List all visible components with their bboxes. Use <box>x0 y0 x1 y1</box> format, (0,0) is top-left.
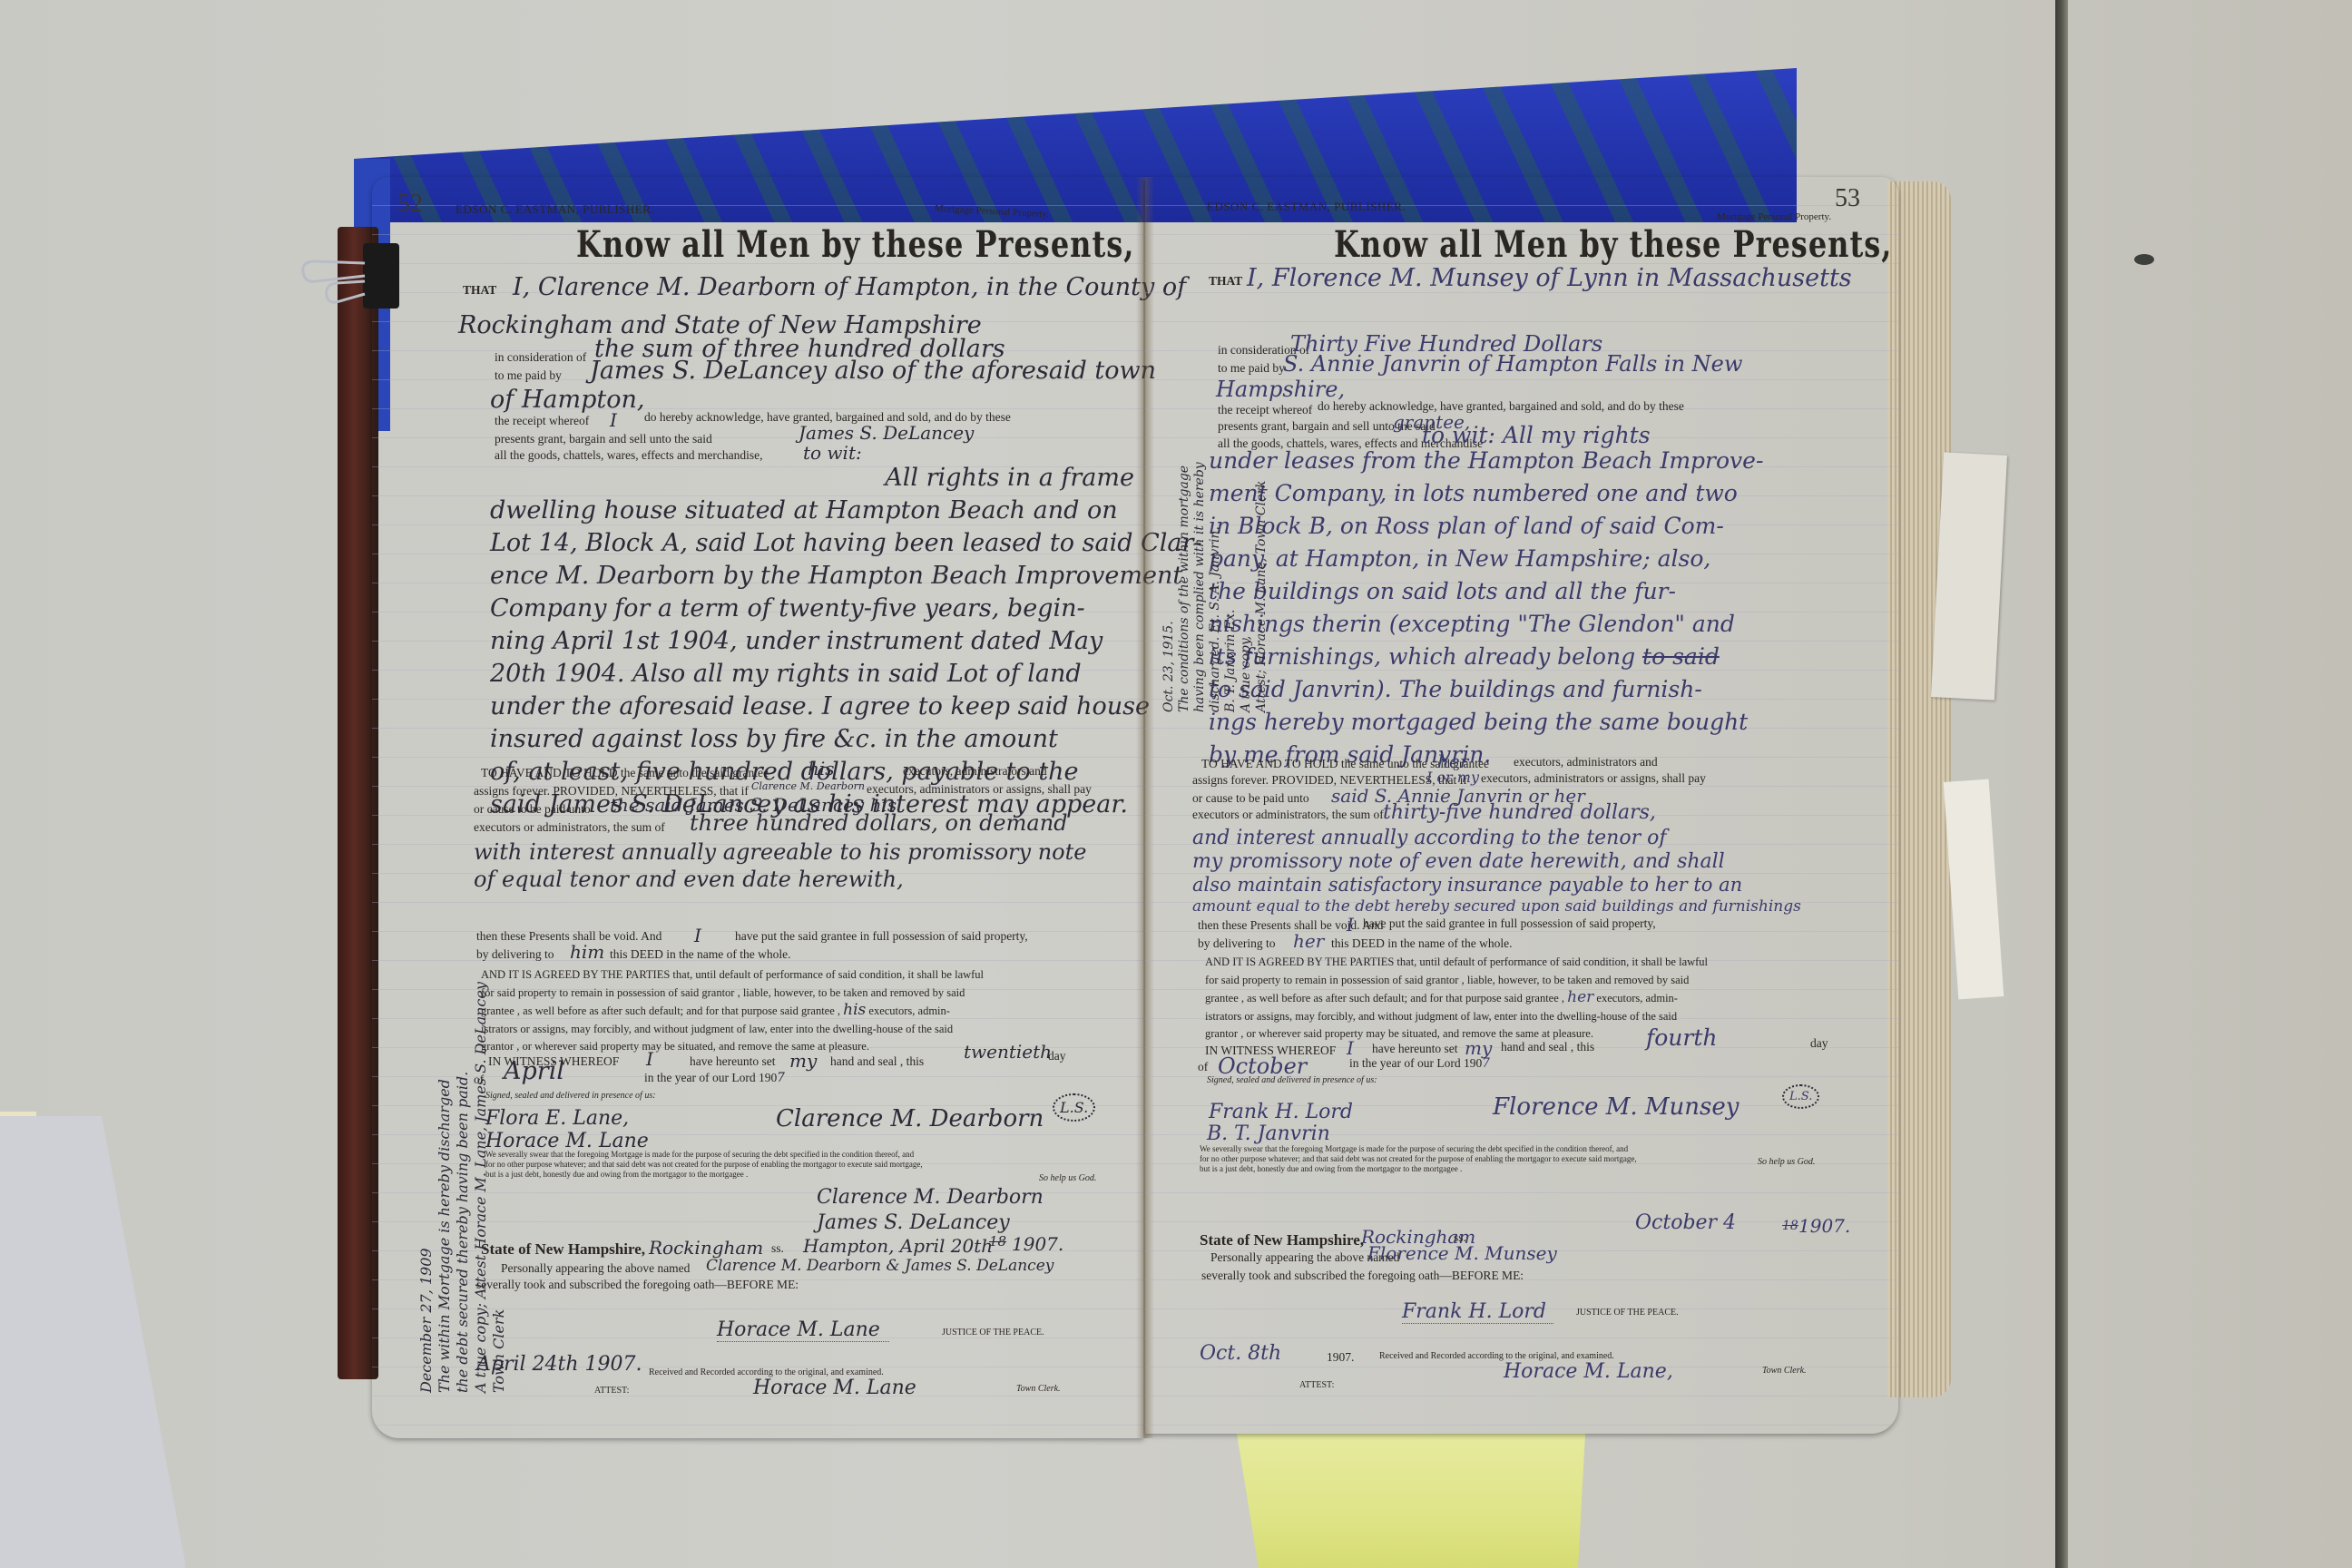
year-label: in the year of our Lord 1907 <box>1349 1057 1490 1071</box>
clerk-label: Town Clerk. <box>1762 1366 1807 1376</box>
witness-text: hand and seal , this <box>830 1055 924 1068</box>
description-line: dwelling house situated at Hampton Beach… <box>490 498 1134 531</box>
description-line: its furnishings, which already belong to… <box>1209 645 1862 678</box>
document-heading: Know all Men by these Presents, <box>576 222 1134 266</box>
loose-note <box>1944 779 2004 1000</box>
receipt-text: do hereby acknowledge, have granted, bar… <box>1318 400 1684 413</box>
pay-label: or cause to be paid unto <box>1192 792 1309 805</box>
description-line: All rights in a frame <box>490 465 1134 498</box>
struck-text: to said <box>1642 643 1720 670</box>
pay-label: or cause to be paid unto <box>474 803 591 816</box>
ack-date: Hampton, April 20th <box>803 1235 993 1257</box>
wall-seam <box>2055 0 2068 1568</box>
description-line: ment Company, in lots numbered one and t… <box>1209 482 1862 514</box>
witness-day: fourth <box>1646 1026 1718 1049</box>
habendum-text: executors, administrators and <box>903 765 1047 778</box>
grantor-line: I, Florence M. Munsey of Lynn in Massach… <box>1247 266 1852 290</box>
paid-by-value: S. Annie Janvrin of Hampton Falls in New <box>1283 353 1742 375</box>
sum-line: with interest annually agreeable to his … <box>474 841 1086 863</box>
deliver-who: her <box>1293 930 1324 952</box>
recorded-date: Oct. 8th <box>1200 1342 1281 1365</box>
description-line: 20th 1904. Also all my rights in said Lo… <box>490 661 1134 694</box>
presents-label: presents grant, bargain and sell unto th… <box>495 433 712 446</box>
subscribed-label: severally took and subscribed the forego… <box>476 1279 799 1291</box>
clerk-signature: Horace M. Lane <box>753 1377 916 1399</box>
discharge-margin-note: Oct. 23, 1915. The conditions of the wit… <box>1161 462 1269 712</box>
agreement-line: grantee , as well before as after such d… <box>1205 989 1858 1008</box>
appearing-names: Florence M. Munsey <box>1367 1242 1557 1264</box>
so-help-us-god: So help us God. <box>1039 1173 1096 1183</box>
day-label: day <box>1048 1050 1066 1063</box>
clerk-label: Town Clerk. <box>1016 1384 1061 1394</box>
void-who: I <box>694 925 701 946</box>
to-wit: to wit: <box>803 442 862 464</box>
agreement-line: for said property to remain in possessio… <box>1205 972 1858 990</box>
witness-name: B. T. Janvrin <box>1207 1122 1330 1145</box>
justice-signature: Frank H. Lord <box>1402 1300 1553 1324</box>
seal-mark: L.S. <box>1053 1093 1095 1122</box>
justice-signature: Horace M. Lane <box>717 1318 889 1342</box>
witness-my: my <box>789 1050 817 1072</box>
ack-struck: 18 <box>1782 1219 1798 1233</box>
proviso-name: I or my <box>1426 769 1479 786</box>
sum-value: three hundred dollars, on demand <box>690 812 1068 834</box>
form-type: Mortgage Personal Property. <box>935 203 1050 220</box>
year-label: in the year of our Lord 1907 <box>644 1072 785 1085</box>
proviso-text: executors, administrators or assigns, sh… <box>867 783 1092 796</box>
witness-text: have hereunto set <box>690 1055 775 1068</box>
witness-name: Frank H. Lord <box>1209 1101 1353 1123</box>
consideration-label: in consideration of <box>495 351 586 364</box>
receipt-who: I <box>610 409 617 431</box>
presents-grantee: James S. DeLancey <box>799 422 974 444</box>
oath-signature: James S. DeLancey <box>817 1211 1010 1234</box>
deliver-text: by delivering to <box>476 948 554 961</box>
sum-label: executors or administrators, the sum of <box>1192 808 1384 821</box>
seal-mark: L.S. <box>1782 1084 1819 1109</box>
grantor-line: Rockingham and State of New Hampshire <box>458 313 982 338</box>
yellow-sticky-notes <box>1230 1434 1592 1568</box>
signed-label: Signed, sealed and delivered in presence… <box>485 1091 656 1101</box>
document-heading: Know all Men by these Presents, <box>1334 222 1892 266</box>
sum-label: executors or administrators, the sum of <box>474 821 665 834</box>
void-who: I <box>1347 914 1354 936</box>
proviso-text: executors, administrators or assigns, sh… <box>1481 772 1706 785</box>
left-page: 52 EDSON C. EASTMAN, PUBLISHER. Mortgage… <box>372 177 1143 1438</box>
appearing-label: Personally appearing the above named <box>501 1262 690 1275</box>
binder-clip-icon <box>299 236 408 322</box>
publisher-header: EDSON C. EASTMAN, PUBLISHER. <box>456 202 654 217</box>
county: Rockingham <box>649 1237 763 1259</box>
paid-by-label: to me paid by <box>495 369 562 382</box>
witness-who: I <box>646 1048 653 1070</box>
oath-text: We severally swear that the foregoing Mo… <box>485 1150 1121 1180</box>
description-line: the buildings on said lots and all the f… <box>1209 580 1862 612</box>
deliver-text: this DEED in the name of the whole. <box>1331 937 1512 950</box>
paid-by-value: James S. DeLancey also of the aforesaid … <box>590 358 1156 383</box>
witness-day: twentieth <box>964 1041 1052 1063</box>
so-help-us-god: So help us God. <box>1758 1157 1815 1167</box>
of-label: of <box>1198 1061 1208 1073</box>
form-type: Mortgage Personal Property. <box>1717 211 1831 222</box>
deliver-text: by delivering to <box>1198 937 1275 950</box>
ack-struck: 18 <box>989 1233 1006 1249</box>
description-line: ings hereby mortgaged being the same bou… <box>1209 710 1862 743</box>
appearing-names: Clarence M. Dearborn & James S. DeLancey <box>706 1257 1053 1275</box>
agreement-clause: AND IT IS AGREED BY THE PARTIES that, un… <box>1205 954 1858 1044</box>
void-text: have put the said grantee in full posses… <box>735 930 1028 943</box>
property-description: under leases from the Hampton Beach Impr… <box>1209 449 1862 776</box>
that-label: THAT <box>463 284 496 297</box>
to-wit: to wit: All my rights <box>1422 424 1651 446</box>
proviso-name: Clarence M. Dearborn <box>751 780 865 792</box>
witness-text: hand and seal , this <box>1501 1041 1594 1053</box>
sum-conditions: and interest annually according to the t… <box>1192 827 1801 919</box>
habendum-pronoun: his <box>808 758 835 779</box>
that-label: THAT <box>1209 275 1242 288</box>
deliver-who: him <box>570 941 604 963</box>
description-line: in Block B, on Ross plan of land of said… <box>1209 514 1862 547</box>
agreement-line: AND IT IS AGREED BY THE PARTIES that, un… <box>1205 954 1858 972</box>
void-text: have put the said grantee in full posses… <box>1363 917 1656 930</box>
witness-text: have hereunto set <box>1372 1043 1457 1055</box>
description-line: Company for a term of twenty-five years,… <box>490 596 1134 629</box>
agreement-line: AND IT IS AGREED BY THE PARTIES that, un… <box>481 966 1134 985</box>
state-label: State of New Hampshire, <box>1200 1231 1364 1249</box>
recorded-year: 1907. <box>1327 1351 1354 1364</box>
description-line: to said Janvrin). The buildings and furn… <box>1209 678 1862 710</box>
ack-year: 1907. <box>1798 1215 1850 1237</box>
page-number: 52 <box>397 190 423 219</box>
ack-date: October 4 <box>1635 1211 1736 1234</box>
description-line: insured against loss by fire &c. in the … <box>490 727 1134 759</box>
page-number: 53 <box>1835 184 1860 213</box>
void-text: then these Presents shall be void. And <box>1198 919 1383 932</box>
agreement-line: grantee , as well before as after such d… <box>481 1002 1134 1021</box>
sum-value: thirty-five hundred dollars, <box>1383 801 1656 824</box>
description-line: Lot 14, Block A, said Lot having been le… <box>490 531 1134 563</box>
paid-by-value: of Hampton, <box>490 387 644 412</box>
white-sheet <box>0 1116 186 1568</box>
agreement-pronoun: her <box>1567 988 1593 1006</box>
paid-by-label: to me paid by <box>1218 362 1285 375</box>
ss-label: ss. <box>771 1242 784 1255</box>
loose-note <box>1931 452 2007 700</box>
grantor-signature: Clarence M. Dearborn <box>776 1107 1044 1131</box>
agreement-line: for said property to remain in possessio… <box>481 985 1134 1003</box>
discharge-margin-note: December 27, 1909 The within Mortgage is… <box>417 982 508 1393</box>
habendum-text: TO HAVE AND TO HOLD the same unto the sa… <box>481 767 769 779</box>
justice-label: JUSTICE OF THE PEACE. <box>942 1328 1044 1338</box>
agreement-line: istrators or assigns, may forcibly, and … <box>481 1021 1134 1039</box>
justice-label: JUSTICE OF THE PEACE. <box>1576 1308 1679 1318</box>
description-line: pany, at Hampton, in New Hampshire; also… <box>1209 547 1862 580</box>
grantor-signature: Florence M. Munsey <box>1493 1095 1739 1119</box>
description-line: under leases from the Hampton Beach Impr… <box>1209 449 1862 482</box>
attest-label: ATTEST: <box>594 1386 629 1396</box>
deliver-text: this DEED in the name of the whole. <box>610 948 790 961</box>
signed-label: Signed, sealed and delivered in presence… <box>1207 1075 1377 1085</box>
right-page: 53 EDSON C. EASTMAN, PUBLISHER. Mortgage… <box>1145 177 1898 1434</box>
receipt-label: the receipt whereof <box>495 415 589 427</box>
agreement-pronoun: his <box>843 1001 866 1019</box>
ack-year: 1907. <box>1012 1233 1063 1255</box>
habendum-text: executors, administrators and <box>1514 756 1658 769</box>
clerk-signature: Horace M. Lane, <box>1504 1360 1673 1383</box>
attest-label: ATTEST: <box>1299 1380 1334 1390</box>
description-line: nishings therin (excepting "The Glendon"… <box>1209 612 1862 645</box>
day-label: day <box>1810 1037 1828 1050</box>
oath-text: We severally swear that the foregoing Mo… <box>1200 1144 1853 1174</box>
description-line: ence M. Dearborn by the Hampton Beach Im… <box>490 563 1134 596</box>
sum-line: of equal tenor and even date herewith, <box>474 868 904 890</box>
description-line: ning April 1st 1904, under instrument da… <box>490 629 1134 661</box>
subscribed-label: severally took and subscribed the forego… <box>1201 1269 1524 1282</box>
wall-pin <box>2134 254 2154 265</box>
witness-month: April <box>504 1059 564 1083</box>
grantor-line: I, Clarence M. Dearborn of Hampton, in t… <box>513 275 1186 299</box>
agreement-line: istrators or assigns, may forcibly, and … <box>1205 1008 1858 1026</box>
receipt-label: the receipt whereof <box>1218 404 1312 416</box>
oath-signature: Clarence M. Dearborn <box>817 1186 1044 1209</box>
goods-label: all the goods, chattels, wares, effects … <box>495 449 763 462</box>
paid-by-value: Hampshire, <box>1216 378 1345 400</box>
description-line: under the aforesaid lease. I agree to ke… <box>490 694 1134 727</box>
publisher-header: EDSON C. EASTMAN, PUBLISHER. <box>1207 200 1406 214</box>
